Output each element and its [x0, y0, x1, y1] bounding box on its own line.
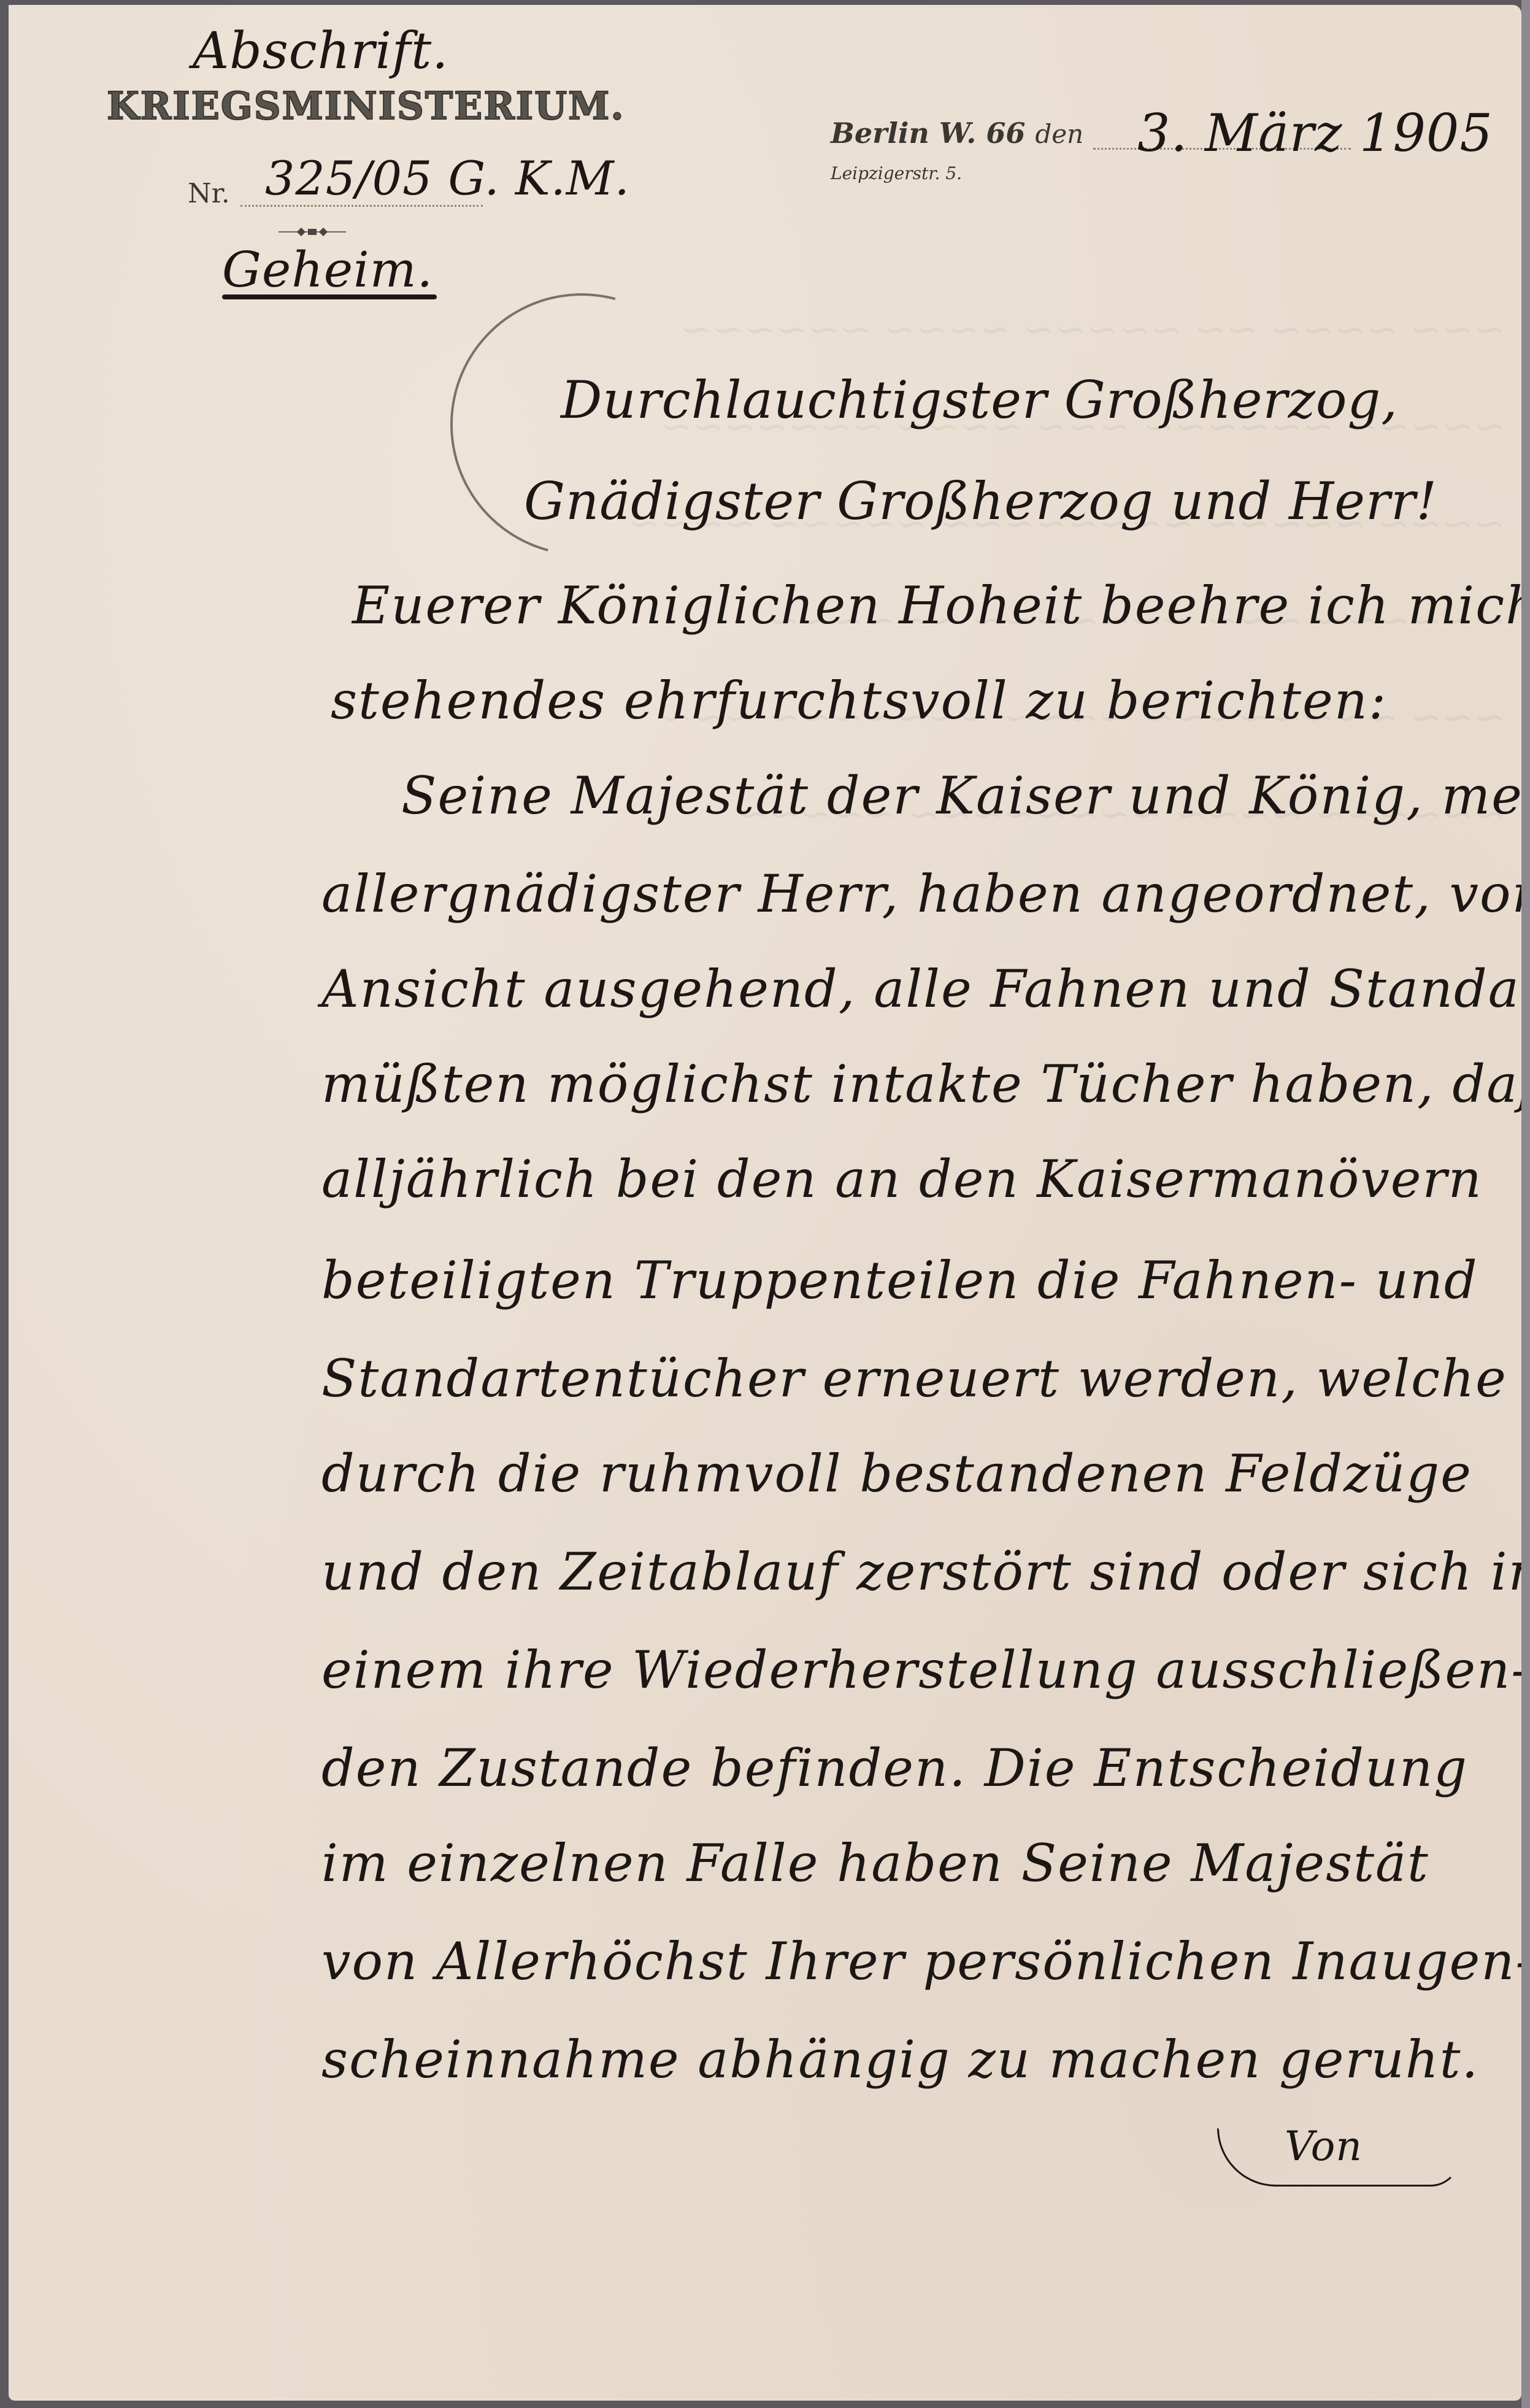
body-line: Ansicht ausgehend, alle Fahnen und Stand… [321, 959, 1521, 1019]
body-line: allergnädigster Herr, haben angeordnet, … [321, 864, 1521, 924]
scan-edge-strip [1521, 0, 1530, 2408]
body-line: scheinnahme abhängig zu machen geruht. [321, 2029, 1479, 2090]
place-name: Berlin W. 66 [831, 117, 1025, 150]
copy-annotation: Abschrift. [193, 22, 448, 80]
body-line: alljährlich bei den an den Kaisermanöver… [321, 1149, 1483, 1209]
dateline-place: Berlin W. 66 den [831, 117, 1083, 150]
body-line: einem ihre Wiederherstellung ausschließe… [321, 1640, 1521, 1700]
body-line: Euerer Königlichen Hoheit beehre ich mic… [352, 575, 1521, 636]
ministry-letterhead: KRIEGSMINISTERIUM. [107, 83, 625, 128]
classification-underline [222, 294, 437, 299]
catchword: Von [1285, 2123, 1363, 2170]
letter-date: 3. März 1905 [1137, 103, 1493, 163]
body-line: stehendes ehrfurchtsvoll zu berichten: [331, 671, 1387, 731]
reference-number-label: Nr. [188, 178, 230, 209]
body-line: müßten möglichst intakte Tücher haben, d… [321, 1054, 1521, 1114]
body-line: Seine Majestät der Kaiser und König, mei… [401, 766, 1521, 826]
body-line: von Allerhöchst Ihrer persönlichen Inaug… [321, 1931, 1521, 1991]
salutation-line-2: Gnädigster Großherzog und Herr! [524, 471, 1437, 531]
body-line: im einzelnen Falle haben Seine Majestät [321, 1833, 1429, 1893]
reference-number: 325/05 G. K.M. [265, 151, 630, 206]
body-line: und den Zeitablauf zerstört sind oder si… [321, 1542, 1521, 1602]
body-line: den Zustande befinden. Die Entscheidung [321, 1738, 1468, 1798]
den-word: den [1035, 119, 1083, 149]
classification-mark: Geheim. [222, 241, 433, 298]
letter-page: ~~~ ~~~~ ~~ ~~~~~ ~~~~ ~~~~~~ ~~~~~ ~~~~… [9, 5, 1521, 2401]
body-line: durch die ruhmvoll bestandenen Feldzüge [321, 1444, 1472, 1504]
ornament-divider-icon [279, 227, 346, 237]
salutation-line-1: Durchlauchtigster Großherzog, [561, 370, 1398, 430]
body-line: Standartentücher erneuert werden, welche [321, 1348, 1507, 1409]
body-line: beteiligten Truppenteilen die Fahnen- un… [321, 1250, 1478, 1310]
street-address: Leipzigerstr. 5. [831, 163, 962, 183]
